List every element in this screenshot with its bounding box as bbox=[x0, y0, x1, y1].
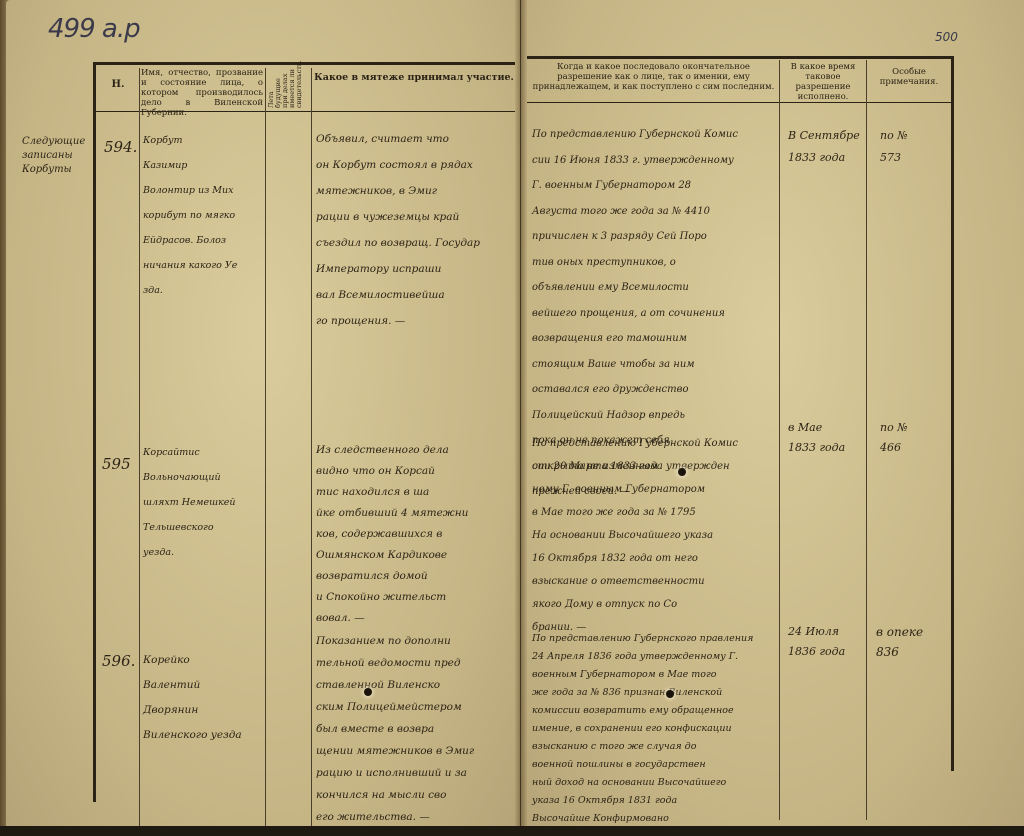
row-number: 594. bbox=[104, 138, 137, 156]
header-name: Имя, отчество, прозвание и состояние лиц… bbox=[141, 68, 263, 118]
row-remarks: в опеке 836 bbox=[876, 622, 950, 662]
column-divider bbox=[311, 68, 312, 828]
column-divider bbox=[139, 68, 140, 828]
header-case-term: Лета будущие при делах имеется ли свидет… bbox=[268, 68, 308, 108]
row-executed: в Мае 1833 года bbox=[788, 418, 866, 458]
row-resolution: По представлению Губернской Комис сии 20… bbox=[532, 432, 778, 639]
left-folio-number: 499 а.р bbox=[48, 14, 140, 44]
row-participation: Показанием по дополни тельной ведомости … bbox=[316, 630, 516, 828]
table-right-border bbox=[951, 56, 954, 771]
row-participation: Объявил, считает что он Корбут состоял в… bbox=[316, 126, 516, 334]
header-remarks: Особые примечания. bbox=[868, 67, 950, 87]
table-top-rule-left bbox=[95, 62, 515, 65]
margin-note: Следующие записаны Корбуты bbox=[22, 135, 94, 177]
column-divider bbox=[866, 60, 867, 820]
table-top-rule-right bbox=[527, 56, 951, 59]
row-executed: В Сентябре 1833 года bbox=[788, 125, 866, 169]
open-ledger-book: 499 а.р 500 Н. Имя, отчество, прозвание … bbox=[0, 0, 1024, 836]
header-number: Н. bbox=[100, 80, 136, 90]
row-number: 596. bbox=[102, 652, 135, 670]
paper-hole bbox=[678, 468, 686, 476]
paper-hole bbox=[364, 688, 372, 696]
row-remarks: по № 573 bbox=[880, 125, 950, 169]
row-name: Корсайтис Вольночающий шляхт Немешкей Те… bbox=[143, 440, 265, 565]
header-resolution: Когда и какое последовало окончательное … bbox=[530, 62, 777, 92]
row-remarks: по № 466 bbox=[880, 418, 950, 458]
header-participation: Какое в мятеже принимал участие. bbox=[314, 73, 514, 83]
right-folio-number: 500 bbox=[935, 30, 958, 44]
row-executed: 24 Июля 1836 года bbox=[788, 622, 866, 662]
paper-hole bbox=[666, 690, 674, 698]
row-number: 595 bbox=[102, 455, 131, 473]
row-participation: Из следственного дела видно что он Корса… bbox=[316, 440, 516, 629]
row-resolution: По представлению Губернского правления 2… bbox=[532, 630, 782, 828]
book-gutter bbox=[515, 0, 527, 828]
header-executed: В какое время таковое разрешение исполне… bbox=[781, 62, 865, 102]
row-name: Корейко Валентий Дворянин Виленского уез… bbox=[143, 648, 265, 748]
header-bottom-rule-right bbox=[527, 102, 951, 103]
scan-background bbox=[0, 826, 1024, 836]
column-divider bbox=[265, 68, 266, 828]
row-name: Корбут Казимир Волонтир из Мих корибут п… bbox=[143, 128, 265, 303]
